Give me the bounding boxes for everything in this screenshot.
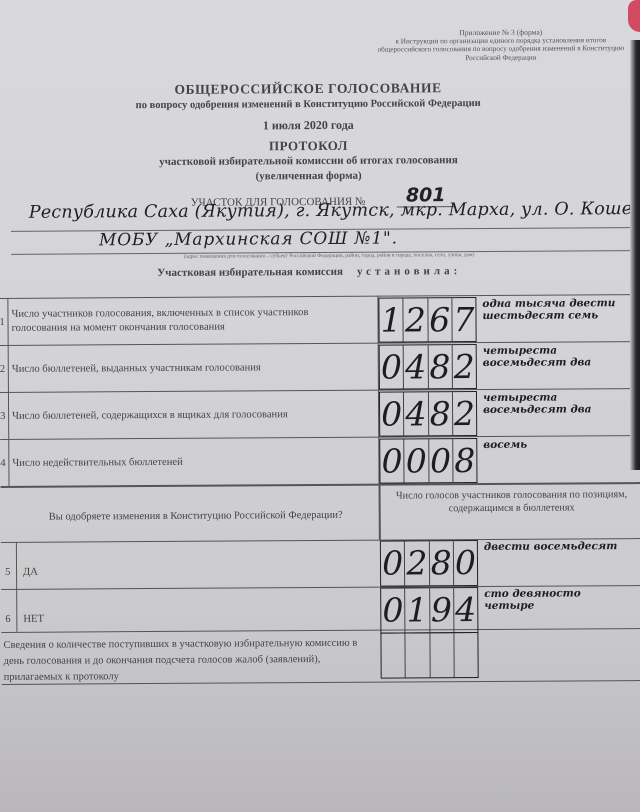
digit-cell: 2 [404,298,429,341]
digit-cell: 4 [454,588,478,632]
digit-cell: 2 [452,345,476,388]
row-number: 5 [5,567,10,578]
digit-cell: 4 [404,345,429,388]
commission-established: Участковая избирательная комиссияустанов… [0,264,619,280]
appendix-text: к Инструкции по организации единого поря… [370,36,632,62]
table-value-column [379,484,381,540]
digit-boxes: 0482 [379,344,477,390]
document-title: ОБЩЕРОССИЙСКОЕ ГОЛОСОВАНИЕ [0,79,618,99]
amount-in-words: четыреста восемьдесят два [483,392,633,416]
amount-in-words: одна тысяча двести шестьдесят семь [482,298,632,322]
results-table: 1Число участников голосования, включенны… [0,0,638,2]
digit-cell: 7 [452,298,476,341]
digit-cell: 9 [430,588,455,632]
digit-cell: 0 [380,439,405,482]
table-num-column [16,542,18,632]
protocol-subtitle: участковой избирательной комиссии об ито… [0,153,619,169]
digit-cell: 2 [453,392,477,435]
digit-cell: 0 [429,439,454,482]
digit-boxes: 0194 [380,587,478,634]
digit-boxes: 0482 [379,391,477,437]
established-label: Участковая избирательная комиссия [157,266,343,279]
digit-cell: 0 [404,439,429,482]
page-edge-shadow [630,40,640,470]
digit-cell: 0 [380,345,405,388]
digit-cell: 2 [405,541,430,585]
amount-in-words: четыреста восемьдесят два [483,345,633,369]
table-divider [1,482,640,487]
digit-cell: 1 [379,298,404,341]
digit-cell: 8 [453,439,477,482]
row-label: Число недействительных бюллетеней [12,455,362,471]
digit-cell: 8 [429,541,454,585]
row-number: 6 [5,614,10,625]
digit-cell: 4 [404,392,429,435]
vote-date: 1 июля 2020 года [0,116,618,135]
finger [628,0,640,32]
row-label: Число участников голосования, включенных… [11,306,361,336]
digit-cell: 0 [380,392,405,435]
digit-cell: 8 [428,345,453,388]
amount-in-words: восемь [483,439,633,451]
form-type: (увеличенная форма) [0,168,619,184]
row-label: Число бюллетеней, содержащихся в ящиках … [12,408,362,424]
digit-cell [381,633,406,677]
digit-cell: 6 [428,298,453,341]
protocol-document: Приложение № 3 (форма) к Инструкции по о… [0,0,640,812]
complaints-label: Сведения о количестве поступивших в учас… [3,636,363,686]
amount-in-words: сто девяносто четыре [484,588,634,612]
amount-in-words: двести восемьдесят [484,541,634,553]
row-number: 1 [0,317,5,328]
established-verb: установила: [357,265,461,278]
digit-boxes: 1267 [378,297,476,343]
complaints-digit-boxes [380,632,478,679]
votes-caption: Число голосов участников голосования по … [383,488,640,516]
digit-cell: 0 [381,541,406,585]
digit-cell: 0 [381,588,406,632]
answer-label: НЕТ [23,613,44,627]
row-label: Число бюллетеней, выданных участникам го… [12,361,362,377]
row-number: 4 [0,458,5,469]
ballot-question: Вы одобряете изменения в Конституцию Рос… [21,510,371,523]
digit-cell: 1 [405,588,430,632]
document-subtitle: по вопросу одобрения изменений в Констит… [0,97,618,112]
table-divider [1,628,640,633]
row-number: 3 [0,411,5,422]
digit-boxes: 0008 [379,438,477,484]
appendix-note: Приложение № 3 (форма) к Инструкции по о… [370,28,632,62]
digit-cell [430,633,455,677]
digit-cell: 0 [454,541,478,585]
answer-label: ДА [23,566,38,580]
digit-cell [406,633,431,677]
digit-cell: 8 [428,392,453,435]
row-number: 2 [0,364,5,375]
digit-cell [454,633,478,677]
digit-boxes: 0280 [380,540,478,587]
